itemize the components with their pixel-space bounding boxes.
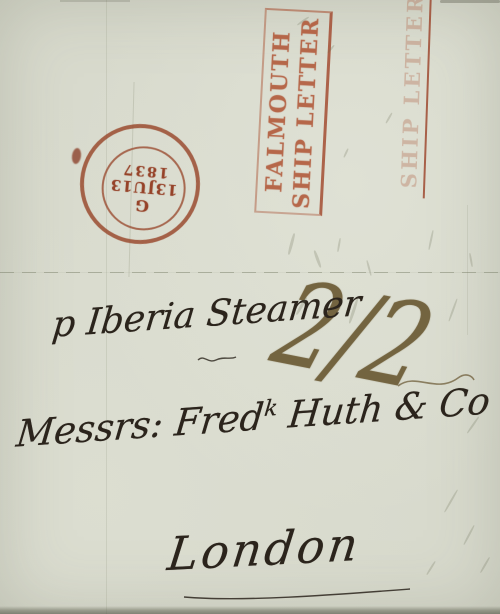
paper-top-edge-smudge [440, 0, 500, 3]
datestamp-inner-circle: G 13JU13 1837 [98, 143, 189, 234]
ink-bleedthrough-mark [469, 253, 473, 267]
london-underline-flourish [182, 586, 412, 602]
destination-city: London [165, 517, 364, 582]
circular-datestamp: G 13JU13 1837 [75, 119, 205, 249]
ink-bleedthrough-mark [463, 525, 475, 545]
partial-ship-letter-stamp: SHIP LETTER [369, 0, 432, 198]
ink-blob [71, 147, 82, 164]
vertical-fold-line [467, 205, 468, 335]
ink-bleedthrough-mark [337, 238, 341, 252]
paper-top-edge-smudge [60, 0, 130, 2]
letter-cover: G 13JU13 1837 FALMOUTH SHIP LETTER SHIP … [0, 0, 500, 614]
addressee-line: Messrs: Fredk Huth & Co [14, 379, 492, 456]
falmouth-ship-letter-stamp: FALMOUTH SHIP LETTER [254, 8, 333, 216]
datestamp-code-letter: G [135, 195, 150, 215]
ink-bleedthrough-mark [428, 230, 434, 250]
ink-bleedthrough-mark [287, 233, 296, 255]
paper-bottom-edge [0, 606, 500, 614]
addressee-text-pre: Messrs: Fred [14, 395, 266, 456]
pen-squiggle-flourish [196, 352, 238, 366]
horizontal-fold-line [0, 272, 500, 273]
ink-bleedthrough-mark [444, 489, 459, 513]
ink-bleedthrough-mark [448, 298, 458, 321]
partial-stamp-line: SHIP LETTER [396, 0, 428, 189]
ink-bleedthrough-mark [343, 148, 349, 158]
ink-bleedthrough-mark [480, 557, 491, 574]
ink-bleedthrough-mark [426, 561, 436, 576]
